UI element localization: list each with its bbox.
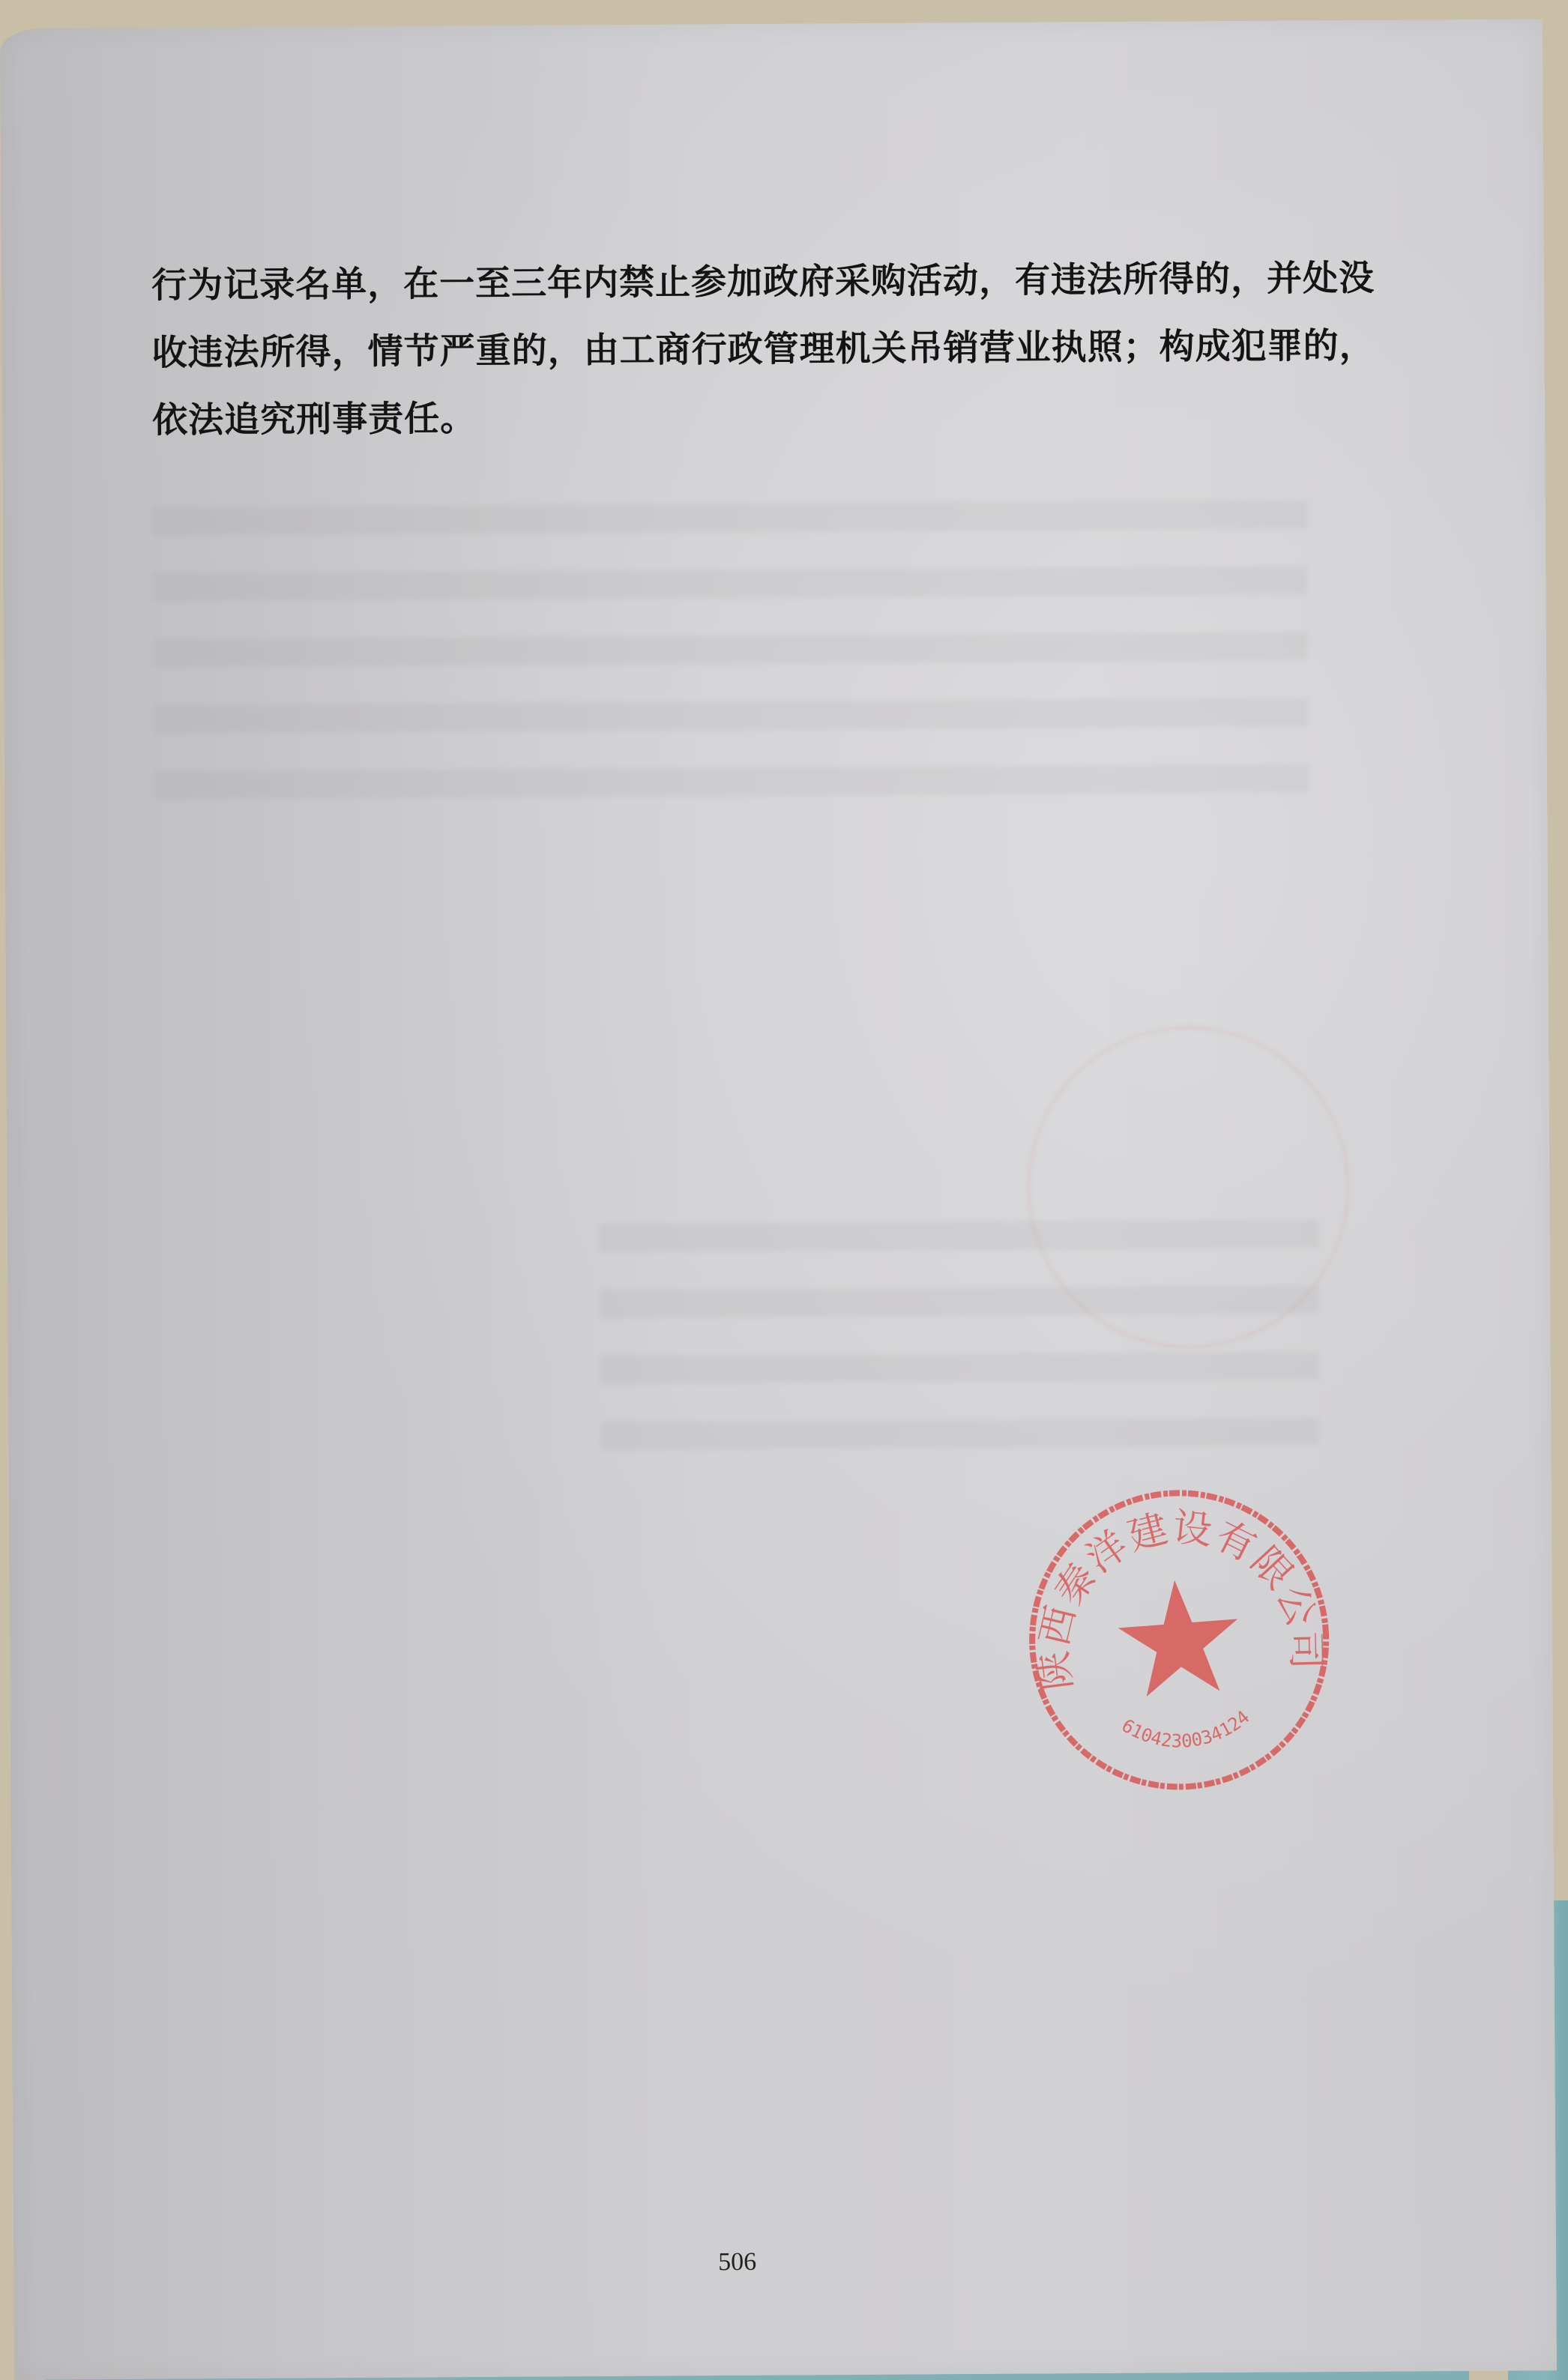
page-number: 506 — [718, 2248, 756, 2277]
star-icon — [1115, 1576, 1243, 1699]
body-line: 行为记录名单，在一至三年内禁止参加政府采购活动，有违法所得的，并处没 — [151, 245, 1321, 320]
seal-registration-number: 6104230034124 — [1117, 1706, 1255, 1757]
document-page: 行为记录名单，在一至三年内禁止参加政府采购活动，有违法所得的，并处没 收违法所得… — [0, 19, 1557, 2380]
bleed-through-seal — [1025, 1024, 1351, 1350]
company-seal: 陕西秦洋建设有限公司 6104230034124 — [1010, 1471, 1348, 1809]
body-paragraph: 行为记录名单，在一至三年内禁止参加政府采购活动，有违法所得的，并处没 收违法所得… — [151, 245, 1322, 455]
bleed-through-paragraph — [153, 500, 1309, 806]
body-line: 收违法所得，情节严重的，由工商行政管理机关吊销营业执照；构成犯罪的， — [151, 312, 1321, 387]
body-line: 依法追究刑事责任。 — [152, 380, 1322, 455]
